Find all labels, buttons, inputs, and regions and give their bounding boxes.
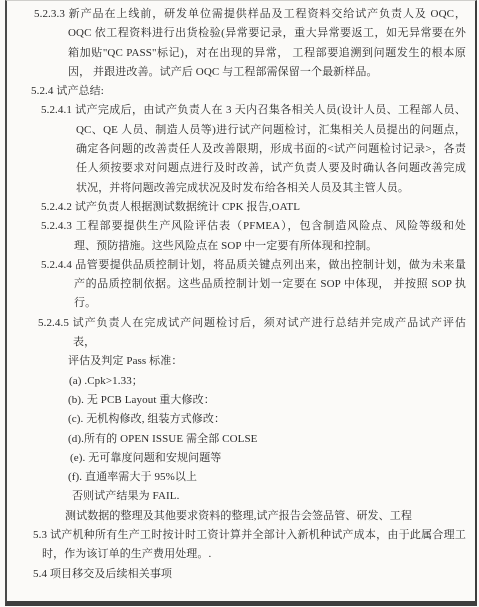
doc-line: 测试数据的整理及其他要求资料的整理,试产报告会签品管、研发、工程 xyxy=(65,507,466,526)
doc-line: 任人须按要求对问题点进行及时改善，试产负责人要及时确认各问题改善完成 xyxy=(76,159,466,178)
section-number: 5.3 xyxy=(33,529,47,541)
doc-line pass-criteria-f: (f). 直通率需大于 95%以上 xyxy=(68,468,466,487)
doc-line pass-criteria-b: (b). 无 PCB Layout 重大修改： xyxy=(68,391,466,410)
doc-line: 理、预防措施。这些风险点在 SOP 中一定要有所体现和控制。 xyxy=(74,237,466,256)
doc-line: 状况，并将问题改善完成状况及时发布给各相关人员及其主管人员。 xyxy=(76,179,466,198)
line-text: 项目移交及后续相关事项 xyxy=(50,568,172,580)
line-text: 工程部要提供生产风险评估表（PFMEA），包含制造风险点、风险等级和处 xyxy=(76,220,466,232)
doc-line: 否则试产结果为 FAIL. xyxy=(72,487,466,506)
section-number: 5.2.4.2 xyxy=(41,201,72,213)
doc-line: 5.3 试产机种所有生产工时按计时工资计算并全部计入新机种试产成本，由于此属合理… xyxy=(33,526,466,545)
doc-line: QC、QE 人员、制造人员等)进行试产问题检讨，汇集相关人员提出的问题点， xyxy=(76,121,466,140)
section-number: 5.4 xyxy=(33,568,47,580)
doc-line pass-criteria-c: (c). 无机构修改, 组装方式修改： xyxy=(68,410,466,429)
doc-line: 5.2.4.1 试产完成后，由试产负责人在 3 天内召集各相关人员(设计人员、工… xyxy=(41,101,466,120)
doc-line: 5.2.4.5 试产负责人在完成试产问题检讨后，须对试产进行总结并完成产品试产评… xyxy=(38,314,466,333)
doc-line: 评估及判定 Pass 标准： xyxy=(68,352,466,371)
line-text: 试产机种所有生产工时按计时工资计算并全部计入新机种试产成本，由于此属合理工 xyxy=(50,529,466,541)
line-text: 试产负责人在完成试产问题检讨后，须对试产进行总结并完成产品试产评估 xyxy=(73,317,466,329)
line-text: 试产完成后，由试产负责人在 3 天内召集各相关人员(设计人员、工程部人员、 xyxy=(75,104,466,116)
doc-line pass-criteria-d: (d).所有的 OPEN ISSUE 需全部 COLSE xyxy=(68,430,466,449)
section-number: 5.2.4.5 xyxy=(38,317,69,329)
doc-line pass-criteria-a: (a) .Cpk>1.33； xyxy=(69,372,466,391)
line-text: 试产总结: xyxy=(56,85,104,97)
doc-line: 时，作为该订单的生产费用处理。. xyxy=(42,545,466,564)
doc-line: 确定各问题的改善责任人及改善限期，形成书面的<试产问题检讨记录>，各责 xyxy=(76,140,466,159)
document-text: 5.2.3.3 新产品在上线前，研发单位需提供样品及工程资料交给试产负责人及 O… xyxy=(0,5,479,584)
line-text: 新产品在上线前，研发单位需提供样品及工程资料交给试产负责人及 OQC， xyxy=(69,8,466,20)
doc-line: 行。 xyxy=(74,294,466,313)
line-text: 试产负责人根据测试数据统计 CPK 报告,OATL xyxy=(75,201,300,213)
doc-line pass-criteria-e: (e). 无可靠度问题和安规问题等 xyxy=(70,449,466,468)
doc-line: 表， xyxy=(73,333,466,352)
section-number: 5.2.4.1 xyxy=(41,104,72,116)
line-text: 品管要提供品质控制计划，将品质关键点列出来，做出控制计划，做为未来量 xyxy=(75,259,466,271)
doc-line: 5.4 项目移交及后续相关事项 xyxy=(33,565,466,584)
section-number: 5.2.4.3 xyxy=(41,220,72,232)
doc-line: 5.2.4.4 品管要提供品质控制计划，将品质关键点列出来，做出控制计划，做为未… xyxy=(41,256,466,275)
doc-line: 5.2.4.2 试产负责人根据测试数据统计 CPK 报告,OATL xyxy=(41,198,466,217)
doc-line: 5.2.4.3 工程部要提供生产风险评估表（PFMEA），包含制造风险点、风险等… xyxy=(41,217,466,236)
doc-line: 5.2.3.3 新产品在上线前，研发单位需提供样品及工程资料交给试产负责人及 O… xyxy=(34,5,466,24)
doc-line: 产的品质控制依据。这些品质控制计划一定要在 SOP 中体现， 并按照 SOP 执 xyxy=(74,275,466,294)
section-number: 5.2.3.3 xyxy=(34,8,65,20)
doc-line: 箱加贴"QC PASS"标记)，对在出现的异常， 工程部要追溯到问题发生的根本原 xyxy=(68,44,466,63)
doc-line: 5.2.4 试产总结: xyxy=(31,82,466,101)
doc-line: 因， 并跟进改善。试产后 OQC 与工程部需保留一个最新样品。 xyxy=(68,63,466,82)
section-number: 5.2.4 xyxy=(31,85,54,97)
section-number: 5.2.4.4 xyxy=(41,259,72,271)
doc-line: OQC 依工程资料进行出货检验(异常要记录，重大异常要返工，如无异常要在外 xyxy=(68,24,466,43)
document-page: 5.2.3.3 新产品在上线前，研发单位需提供样品及工程资料交给试产负责人及 O… xyxy=(0,0,479,607)
